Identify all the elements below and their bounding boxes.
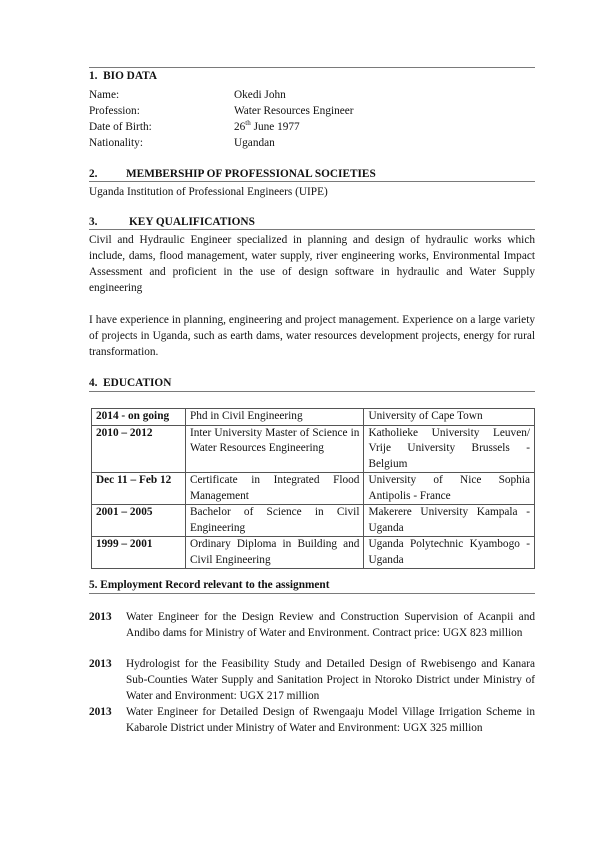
qualifications-paragraph: Civil and Hydraulic Engineer specialized… — [89, 232, 535, 296]
section-number: 3. — [89, 214, 129, 230]
employment-item: 2013 Water Engineer for Detailed Design … — [89, 704, 535, 736]
education-period: Dec 11 – Feb 12 — [92, 473, 186, 505]
table-row: 1999 – 2001 Ordinary Diploma in Building… — [92, 537, 535, 569]
bio-label: Nationality: — [89, 135, 143, 151]
education-period: 2010 – 2012 — [92, 425, 186, 473]
education-qualification: Inter University Master of Science in Wa… — [185, 425, 364, 473]
employment-heading: 5. Employment Record relevant to the ass… — [89, 577, 329, 593]
employment-year: 2013 — [89, 656, 112, 672]
bio-value: 26th June 1977 — [234, 119, 300, 135]
bio-label: Name: — [89, 87, 119, 103]
qualifications-paragraph: I have experience in planning, engineeri… — [89, 312, 535, 360]
table-row: 2001 – 2005 Bachelor of Science in Civil… — [92, 505, 535, 537]
section-number: 2. — [89, 166, 126, 182]
bio-value: Water Resources Engineer — [234, 103, 354, 119]
education-table: 2014 - on going Phd in Civil Engineering… — [91, 408, 535, 569]
bio-label: Profession: — [89, 103, 140, 119]
employment-description: Water Engineer for the Design Review and… — [126, 609, 535, 641]
education-institution: University of Nice Sophia Antipolis - Fr… — [364, 473, 535, 505]
education-qualification: Bachelor of Science in Civil Engineering — [185, 505, 364, 537]
section-number: 1. — [89, 70, 97, 82]
section-number: 4. — [89, 377, 97, 389]
bio-row-date-of-birth: Date of Birth: 26th June 1977 — [89, 119, 535, 135]
education-heading: 4. EDUCATION — [89, 375, 171, 391]
membership-heading: 2.MEMBERSHIP OF PROFESSIONAL SOCIETIES — [89, 166, 376, 182]
table-row: Dec 11 – Feb 12 Certificate in Integrate… — [92, 473, 535, 505]
education-qualification: Certificate in Integrated Flood Manageme… — [185, 473, 364, 505]
education-institution: Makerere University Kampala - Uganda — [364, 505, 535, 537]
membership-text: Uganda Institution of Professional Engin… — [89, 184, 535, 200]
section-title: MEMBERSHIP OF PROFESSIONAL SOCIETIES — [126, 168, 376, 180]
section-divider — [89, 229, 535, 230]
qualifications-heading: 3.KEY QUALIFICATIONS — [89, 214, 255, 230]
education-institution: Katholieke University Leuven/ Vrije Univ… — [364, 425, 535, 473]
bio-row-name: Name: Okedi John — [89, 87, 535, 103]
employment-item: 2013 Water Engineer for the Design Revie… — [89, 609, 535, 641]
education-qualification: Ordinary Diploma in Building and Civil E… — [185, 537, 364, 569]
bio-row-profession: Profession: Water Resources Engineer — [89, 103, 535, 119]
bio-data-heading: 1. BIO DATA — [89, 68, 157, 84]
section-title: BIO DATA — [103, 70, 157, 82]
bio-label: Date of Birth: — [89, 119, 152, 135]
education-qualification: Phd in Civil Engineering — [185, 409, 364, 426]
table-row: 2010 – 2012 Inter University Master of S… — [92, 425, 535, 473]
employment-year: 2013 — [89, 704, 112, 720]
employment-description: Hydrologist for the Feasibility Study an… — [126, 656, 535, 704]
section-divider — [89, 593, 535, 594]
education-institution: Uganda Polytechnic Kyambogo - Uganda — [364, 537, 535, 569]
bio-row-nationality: Nationality: Ugandan — [89, 135, 535, 151]
employment-item: 2013 Hydrologist for the Feasibility Stu… — [89, 656, 535, 704]
bio-value: Okedi John — [234, 87, 286, 103]
education-period: 2014 - on going — [92, 409, 186, 426]
table-row: 2014 - on going Phd in Civil Engineering… — [92, 409, 535, 426]
education-period: 1999 – 2001 — [92, 537, 186, 569]
employment-year: 2013 — [89, 609, 112, 625]
section-divider — [89, 391, 535, 392]
section-title: EDUCATION — [103, 377, 171, 389]
education-period: 2001 – 2005 — [92, 505, 186, 537]
section-divider — [89, 181, 535, 182]
education-institution: University of Cape Town — [364, 409, 535, 426]
employment-description: Water Engineer for Detailed Design of Rw… — [126, 704, 535, 736]
section-title: KEY QUALIFICATIONS — [129, 216, 255, 228]
bio-value: Ugandan — [234, 135, 275, 151]
